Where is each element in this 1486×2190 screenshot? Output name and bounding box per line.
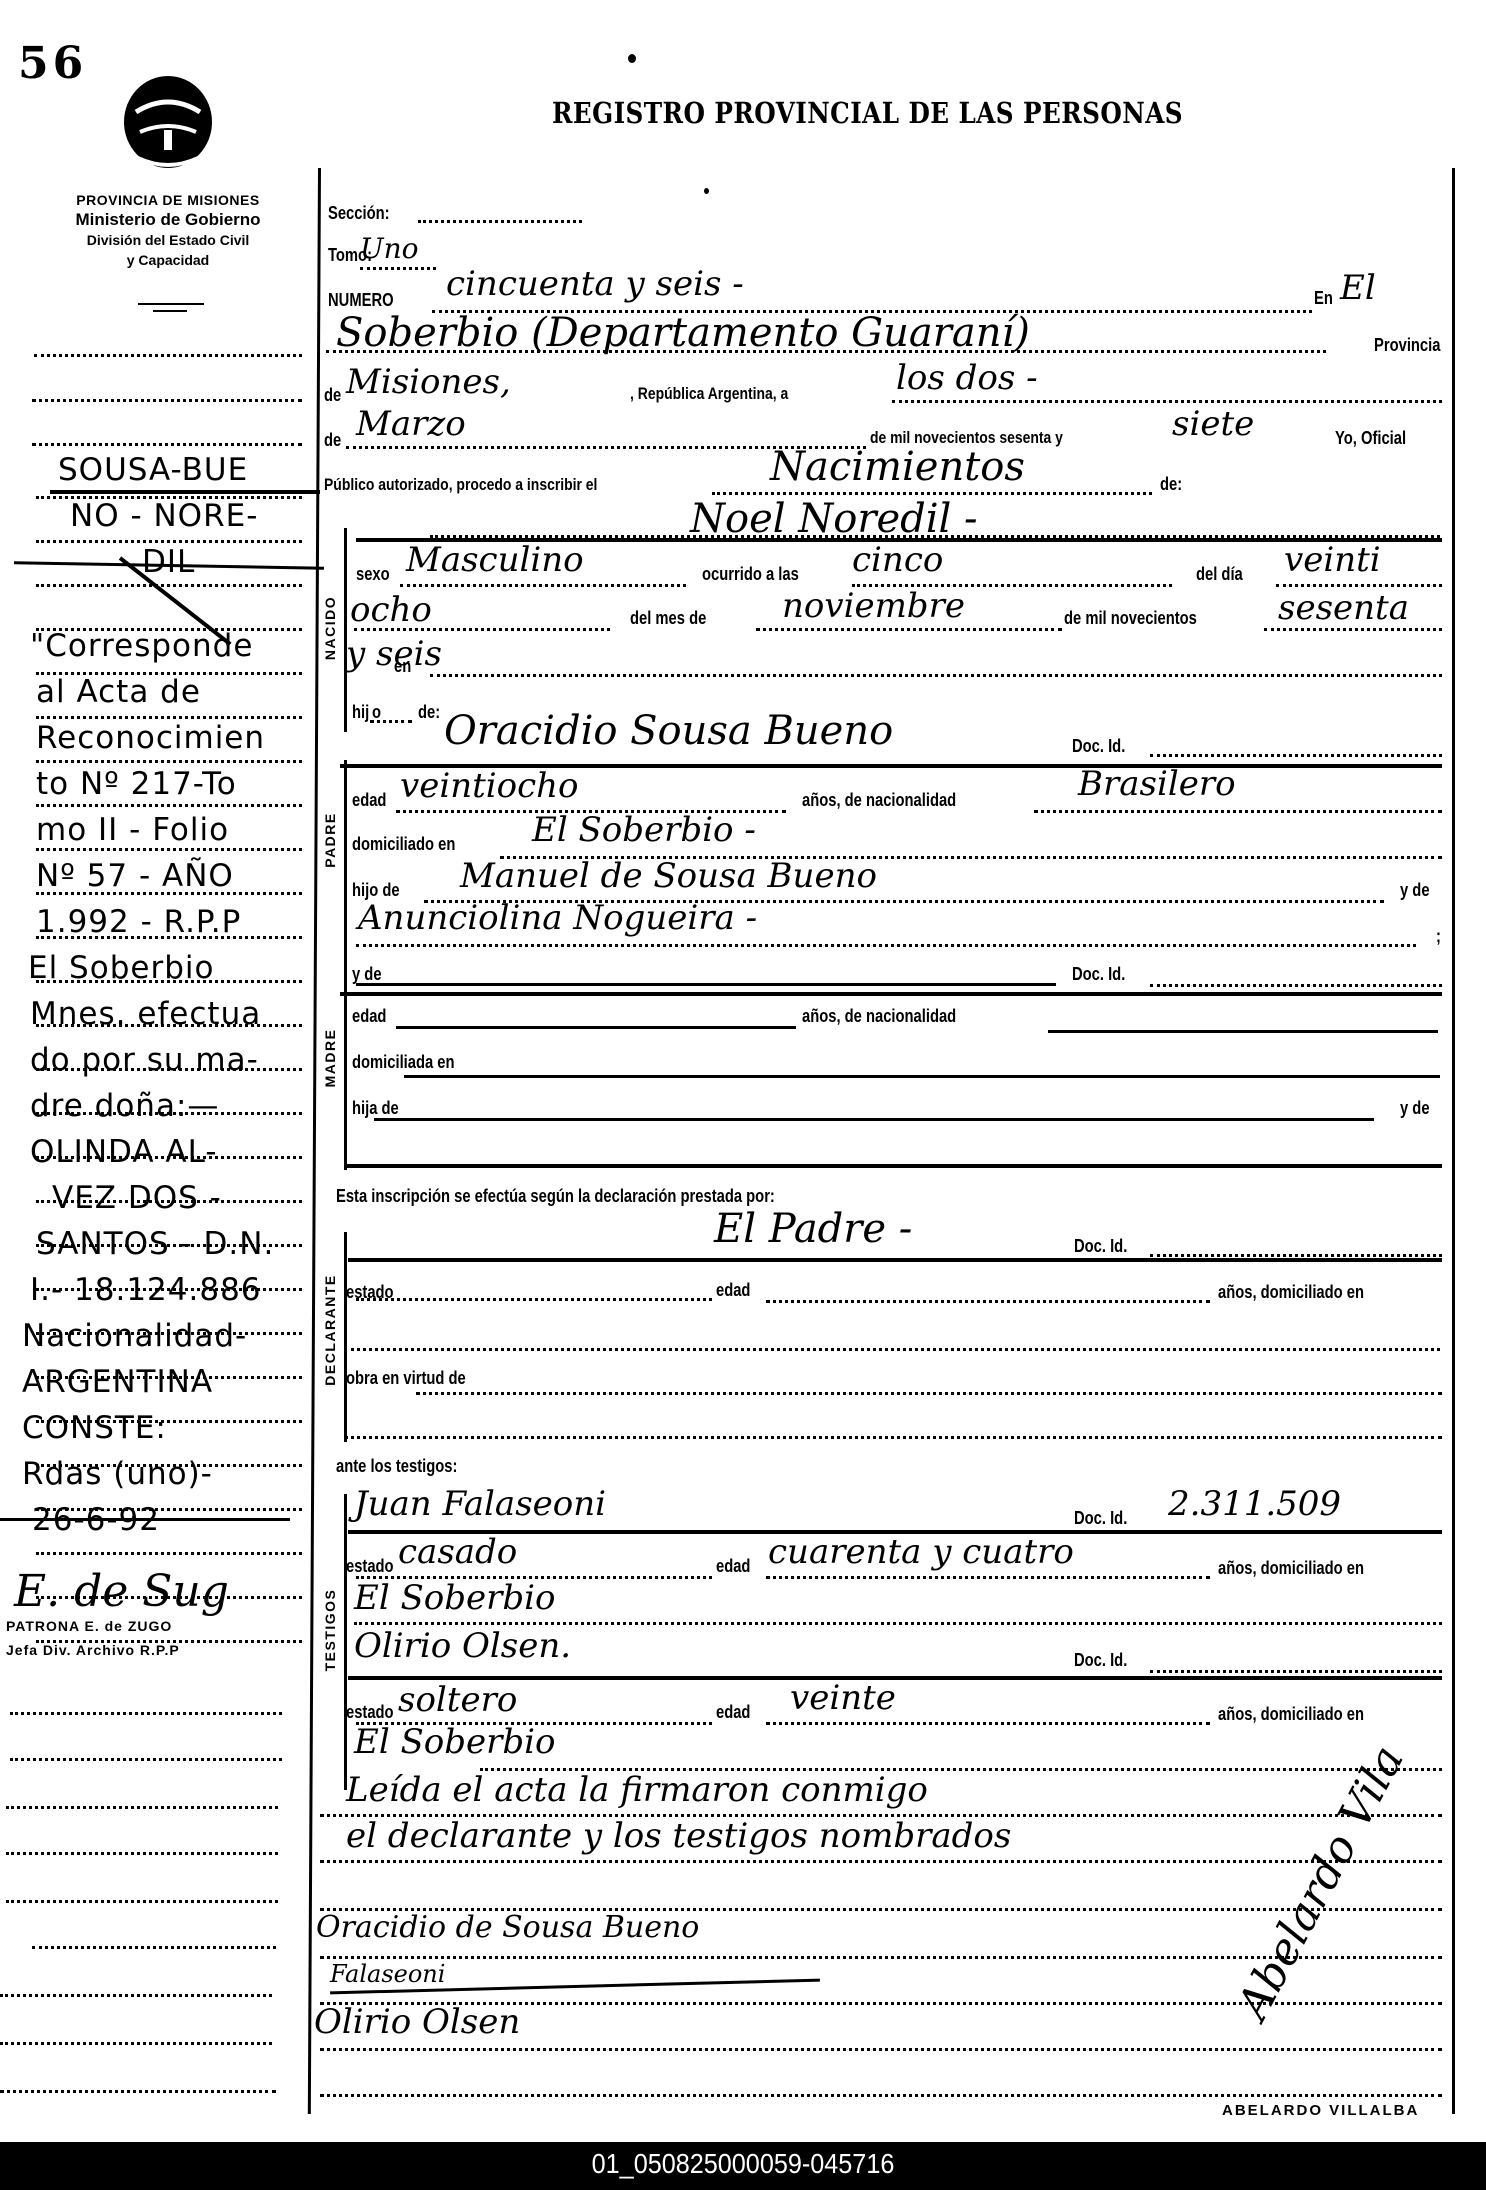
place-field — [326, 350, 1326, 353]
margin-line — [34, 354, 302, 357]
padre-domicilio-label: domiciliado en — [352, 834, 455, 855]
dia-field-cont — [354, 628, 610, 631]
madre-domicilio-cancel-line — [404, 1075, 1440, 1078]
testigo1-estado-label: estado — [346, 1556, 394, 1577]
testigos-bracket — [344, 1494, 347, 1790]
testigo1-edad-field — [766, 1576, 1210, 1579]
testigos-section-label: TESTIGOS — [322, 1570, 338, 1690]
margin-line — [6, 1852, 278, 1855]
margin-line — [36, 1068, 302, 1071]
nacido-section-label: NACIDO — [322, 568, 338, 688]
official-signature: Abelardo Vila — [1227, 1737, 1414, 2027]
madre-y-de-cancel-line — [356, 983, 1056, 986]
margin-line-text: NO - NORE- — [70, 498, 258, 534]
margin-line — [36, 672, 302, 675]
padre-nombre: Oracidio Sousa Bueno — [444, 708, 893, 754]
de-label: de — [324, 385, 341, 406]
declarante-doc-label: Doc. Id. — [1074, 1236, 1127, 1257]
en-value: El — [1340, 268, 1376, 308]
section-rule — [348, 1258, 1442, 1262]
de-label-2: de — [324, 430, 341, 451]
madre-doc-label: Doc. Id. — [1072, 964, 1125, 985]
anio-field — [1264, 628, 1442, 631]
mes-value: Marzo — [356, 404, 466, 444]
margin-line-text: OLINDA AL- — [30, 1134, 218, 1170]
testigo1-domicilio-field — [354, 1622, 1442, 1625]
padre-edad-label: edad — [352, 790, 386, 811]
testigo2-edad-value: veinte — [790, 1678, 896, 1718]
margin-line — [36, 1156, 302, 1159]
margin-stamp-title: Jefa Div. Archivo R.P.P — [6, 1642, 180, 1658]
declarante-doc-field — [1150, 1254, 1442, 1257]
section-rule — [344, 1164, 1442, 1168]
margin-line-text: do por su ma- — [30, 1042, 259, 1078]
testigo2-estado-value: soltero — [398, 1680, 517, 1720]
padre-domicilio-value: El Soberbio - — [532, 810, 756, 850]
numero-value: cincuenta y seis - — [446, 264, 744, 304]
testigo2-domicilio-label: años, domiciliado en — [1218, 1704, 1364, 1725]
oficial-label: Yo, Oficial — [1335, 428, 1406, 449]
hijo-de-label: de: — [418, 702, 440, 723]
testigo2-edad-field — [766, 1722, 1210, 1725]
mes-field — [756, 628, 1062, 631]
org-province: PROVINCIA DE MISIONES — [20, 190, 316, 210]
margin-line-text: Reconocimien — [36, 720, 265, 756]
declarante-domicilio-label: años, domiciliado en — [1218, 1282, 1364, 1303]
declarante-edad-label: edad — [716, 1280, 750, 1301]
closing-line-2: el declarante y los testigos nombrados — [346, 1816, 1011, 1856]
margin-line — [32, 1946, 276, 1949]
testigo2-doc-field — [1150, 1670, 1442, 1673]
padre-section-label: PADRE — [322, 780, 338, 900]
org-ministry: Ministerio de Gobierno — [20, 210, 316, 230]
dia-value: los dos - — [896, 358, 1038, 398]
tomo-value: Uno — [360, 232, 419, 265]
margin-line — [32, 399, 302, 402]
testigo1-domicilio-label: años, domiciliado en — [1218, 1558, 1364, 1579]
declarante-obra-label: obra en virtud de — [346, 1368, 466, 1389]
padre-bracket — [344, 760, 347, 978]
form-right-border — [1452, 168, 1455, 2114]
dia-value-a: veinti — [1284, 540, 1381, 580]
madre-y-de-label: y de — [352, 964, 382, 985]
margin-line — [6, 1900, 278, 1903]
madre-nacionalidad-label: años, de nacionalidad — [802, 1006, 956, 1027]
margin-line — [32, 443, 302, 446]
margin-line-text: Nacionalidad- — [22, 1318, 247, 1354]
hijo-field — [370, 720, 412, 723]
margin-signature: E. de Sug — [14, 1566, 229, 1617]
provincia-value: Misiones, — [346, 362, 511, 402]
padre-madre-value: Anunciolina Nogueira - — [358, 898, 757, 938]
declarante-domicilio-field — [344, 1348, 1440, 1351]
margin-line — [36, 1288, 302, 1291]
testigo2-domicilio-value: El Soberbio — [354, 1722, 556, 1762]
margin-line — [36, 1244, 302, 1247]
padre-y-de-label: y de — [1400, 880, 1430, 901]
margin-line — [36, 1112, 302, 1115]
margin-line — [36, 716, 302, 719]
lugar-field — [430, 674, 1442, 677]
margin-line-text: al Acta de — [36, 674, 201, 710]
margin-line — [0, 2042, 272, 2045]
margin-line-text: SOUSA-BUE — [58, 452, 248, 488]
document-title: REGISTRO PROVINCIAL DE LAS PERSONAS — [552, 96, 1183, 130]
testigo2-estado-label: estado — [346, 1702, 394, 1723]
margin-line — [36, 1332, 302, 1335]
padre-nacionalidad-value: Brasilero — [1078, 764, 1236, 804]
signature-testigo-1: Falaseoni — [330, 1960, 445, 1988]
madre-hija-de-cancel-line — [374, 1118, 1374, 1121]
signature-line-3 — [320, 2048, 1442, 2051]
margin-line — [6, 1806, 278, 1809]
margin-line — [36, 1508, 302, 1511]
org-divider — [138, 303, 204, 305]
testigo2-edad-label: edad — [716, 1702, 750, 1723]
hijo-label: hij — [352, 702, 369, 723]
testigo1-doc-value: 2.311.509 — [1168, 1484, 1341, 1524]
margin-line-text: dre doña:— — [30, 1088, 219, 1124]
section-rule — [340, 992, 1442, 996]
madre-hija-de-label: hija de — [352, 1098, 399, 1119]
margin-line — [36, 1376, 302, 1379]
publico-label: Público autorizado, procedo a inscribir … — [324, 475, 597, 495]
margin-line — [0, 2090, 276, 2093]
margin-line-text: Rdas (uno)- — [22, 1456, 213, 1492]
margin-line — [36, 848, 302, 851]
file-id-label: 01_050825000059-045716 — [74, 2148, 1411, 2180]
closing-field-2 — [320, 1860, 1442, 1863]
tipo-field — [712, 492, 1152, 495]
margin-line — [36, 980, 302, 983]
margin-line-text: mo II - Folio — [36, 812, 229, 848]
sexo-label: sexo — [356, 564, 390, 585]
declarante-estado-field — [356, 1298, 712, 1301]
margin-underline — [50, 490, 320, 494]
margin-divider-line — [308, 168, 321, 2114]
ink-speck — [628, 54, 636, 63]
testigo1-edad-value: cuarenta y cuatro — [768, 1532, 1074, 1572]
declarante-edad-field — [766, 1300, 1210, 1303]
padre-doc-field — [1150, 754, 1442, 757]
tipo-value: Nacimientos — [770, 444, 1025, 490]
sexo-field — [400, 584, 686, 587]
mes-label: del mes de — [630, 608, 706, 629]
margin-line-text: ARGENTINA — [22, 1364, 213, 1400]
margin-line — [36, 540, 302, 543]
madre-y-de-label-2: y de — [1400, 1098, 1430, 1119]
declarante-intro: Esta inscripción se efectúa según la dec… — [336, 1186, 775, 1207]
padre-nacionalidad-field — [1034, 810, 1442, 813]
declarante-nombre: El Padre - — [714, 1206, 912, 1252]
margin-line — [10, 1758, 282, 1761]
testigo2-nombre: Olirio Olsen. — [354, 1626, 571, 1666]
margin-line — [36, 496, 302, 499]
nacido-bracket — [344, 528, 347, 732]
issuing-organization: PROVINCIA DE MISIONES Ministerio de Gobi… — [20, 190, 316, 270]
mes-value: noviembre — [782, 586, 965, 626]
padre-edad-value: veintiocho — [400, 766, 579, 806]
margin-line — [36, 1464, 302, 1467]
margin-line — [36, 892, 302, 895]
en-label: en — [394, 656, 411, 677]
declarante-obra-field-2 — [344, 1436, 1442, 1439]
anio-value: siete — [1172, 404, 1254, 444]
tomo-field — [360, 267, 436, 270]
declarante-bracket — [344, 1232, 347, 1442]
margin-line-text: DIL — [142, 544, 195, 580]
provincia-label: Provincia — [1374, 335, 1440, 356]
margin-line — [10, 1712, 282, 1715]
dia-label: del día — [1196, 564, 1243, 585]
madre-doc-field — [1150, 984, 1442, 987]
padre-doc-label: Doc. Id. — [1072, 736, 1125, 757]
signature-padre: Oracidio de Sousa Bueno — [316, 1910, 699, 1945]
madre-domicilio-label: domiciliada en — [352, 1052, 455, 1073]
numero-label: NUMERO — [328, 290, 394, 311]
madre-edad-cancel-line — [396, 1026, 796, 1029]
madre-section-label: MADRE — [322, 998, 338, 1118]
signature-line-4 — [320, 2094, 1442, 2097]
padre-madre-field — [356, 944, 1416, 947]
margin-line — [36, 628, 302, 631]
anio-value-a: sesenta — [1278, 588, 1409, 628]
madre-edad-label: edad — [352, 1006, 386, 1027]
org-division: División del Estado Civil — [20, 230, 316, 250]
margin-line-text: CONSTE: — [22, 1410, 167, 1446]
testigo1-domicilio-value: El Soberbio — [354, 1578, 556, 1618]
ink-speck — [704, 188, 709, 194]
dia-value-b: ocho — [350, 590, 432, 630]
margin-line — [36, 760, 302, 763]
seccion-label: Sección: — [328, 203, 390, 224]
testigo1-edad-label: edad — [716, 1556, 750, 1577]
dia-field — [1276, 584, 1442, 587]
padre-hijo-de-value: Manuel de Sousa Bueno — [460, 856, 877, 896]
de-colon-label: de: — [1160, 474, 1182, 495]
ocurrido-label: ocurrido a las — [702, 564, 799, 585]
margin-line-text: 1.992 - R.P.P — [36, 904, 241, 940]
margin-line — [36, 804, 302, 807]
republica-label: , República Argentina, a — [630, 384, 788, 404]
org-capacity: y Capacidad — [20, 250, 316, 270]
en-label: En — [1314, 288, 1333, 309]
margin-line-text: Nº 57 - AÑO — [36, 858, 234, 894]
testigo1-nombre: Juan Falaseoni — [354, 1484, 606, 1524]
padre-semicolon: ; — [1436, 926, 1441, 947]
margin-line — [36, 1200, 302, 1203]
official-stamp: ABELARDO VILLALBA — [1222, 2102, 1419, 2119]
testigo1-estado-value: casado — [398, 1532, 517, 1572]
margin-line — [36, 1420, 302, 1423]
margin-line-text: VEZ DOS - — [52, 1180, 222, 1216]
testigo1-doc-label: Doc. Id. — [1074, 1508, 1127, 1529]
margin-line — [36, 1552, 302, 1555]
margin-line-text: to Nº 217-To — [36, 766, 237, 802]
margin-stamp-name: PATRONA E. de ZUGO — [6, 1618, 172, 1634]
padre-nacionalidad-label: años, de nacionalidad — [802, 790, 956, 811]
closing-line-1: Leída el acta la firmaron conmigo — [346, 1770, 928, 1810]
margin-line — [36, 584, 302, 587]
coat-of-arms-icon — [118, 72, 218, 174]
testigos-intro: ante los testigos: — [336, 1456, 457, 1477]
declarante-obra-field — [416, 1392, 1442, 1395]
hora-value: cinco — [852, 540, 943, 580]
org-divider-short — [153, 310, 187, 312]
testigo2-doc-label: Doc. Id. — [1074, 1650, 1127, 1671]
signature-testigo-2: Olirio Olsen — [314, 2002, 520, 2042]
seccion-field — [418, 220, 582, 223]
madre-nacionalidad-cancel-line — [1048, 1030, 1438, 1033]
dia-field — [892, 400, 1442, 403]
page-number: 56 — [18, 38, 87, 89]
declarante-section-label: DECLARANTE — [322, 1270, 338, 1390]
margin-line — [0, 1994, 272, 1997]
margin-line — [36, 1024, 302, 1027]
margin-line — [36, 936, 302, 939]
margin-strike-line — [0, 1518, 290, 1521]
anio-label: de mil novecientos — [1064, 608, 1197, 629]
sexo-value: Masculino — [406, 540, 584, 580]
